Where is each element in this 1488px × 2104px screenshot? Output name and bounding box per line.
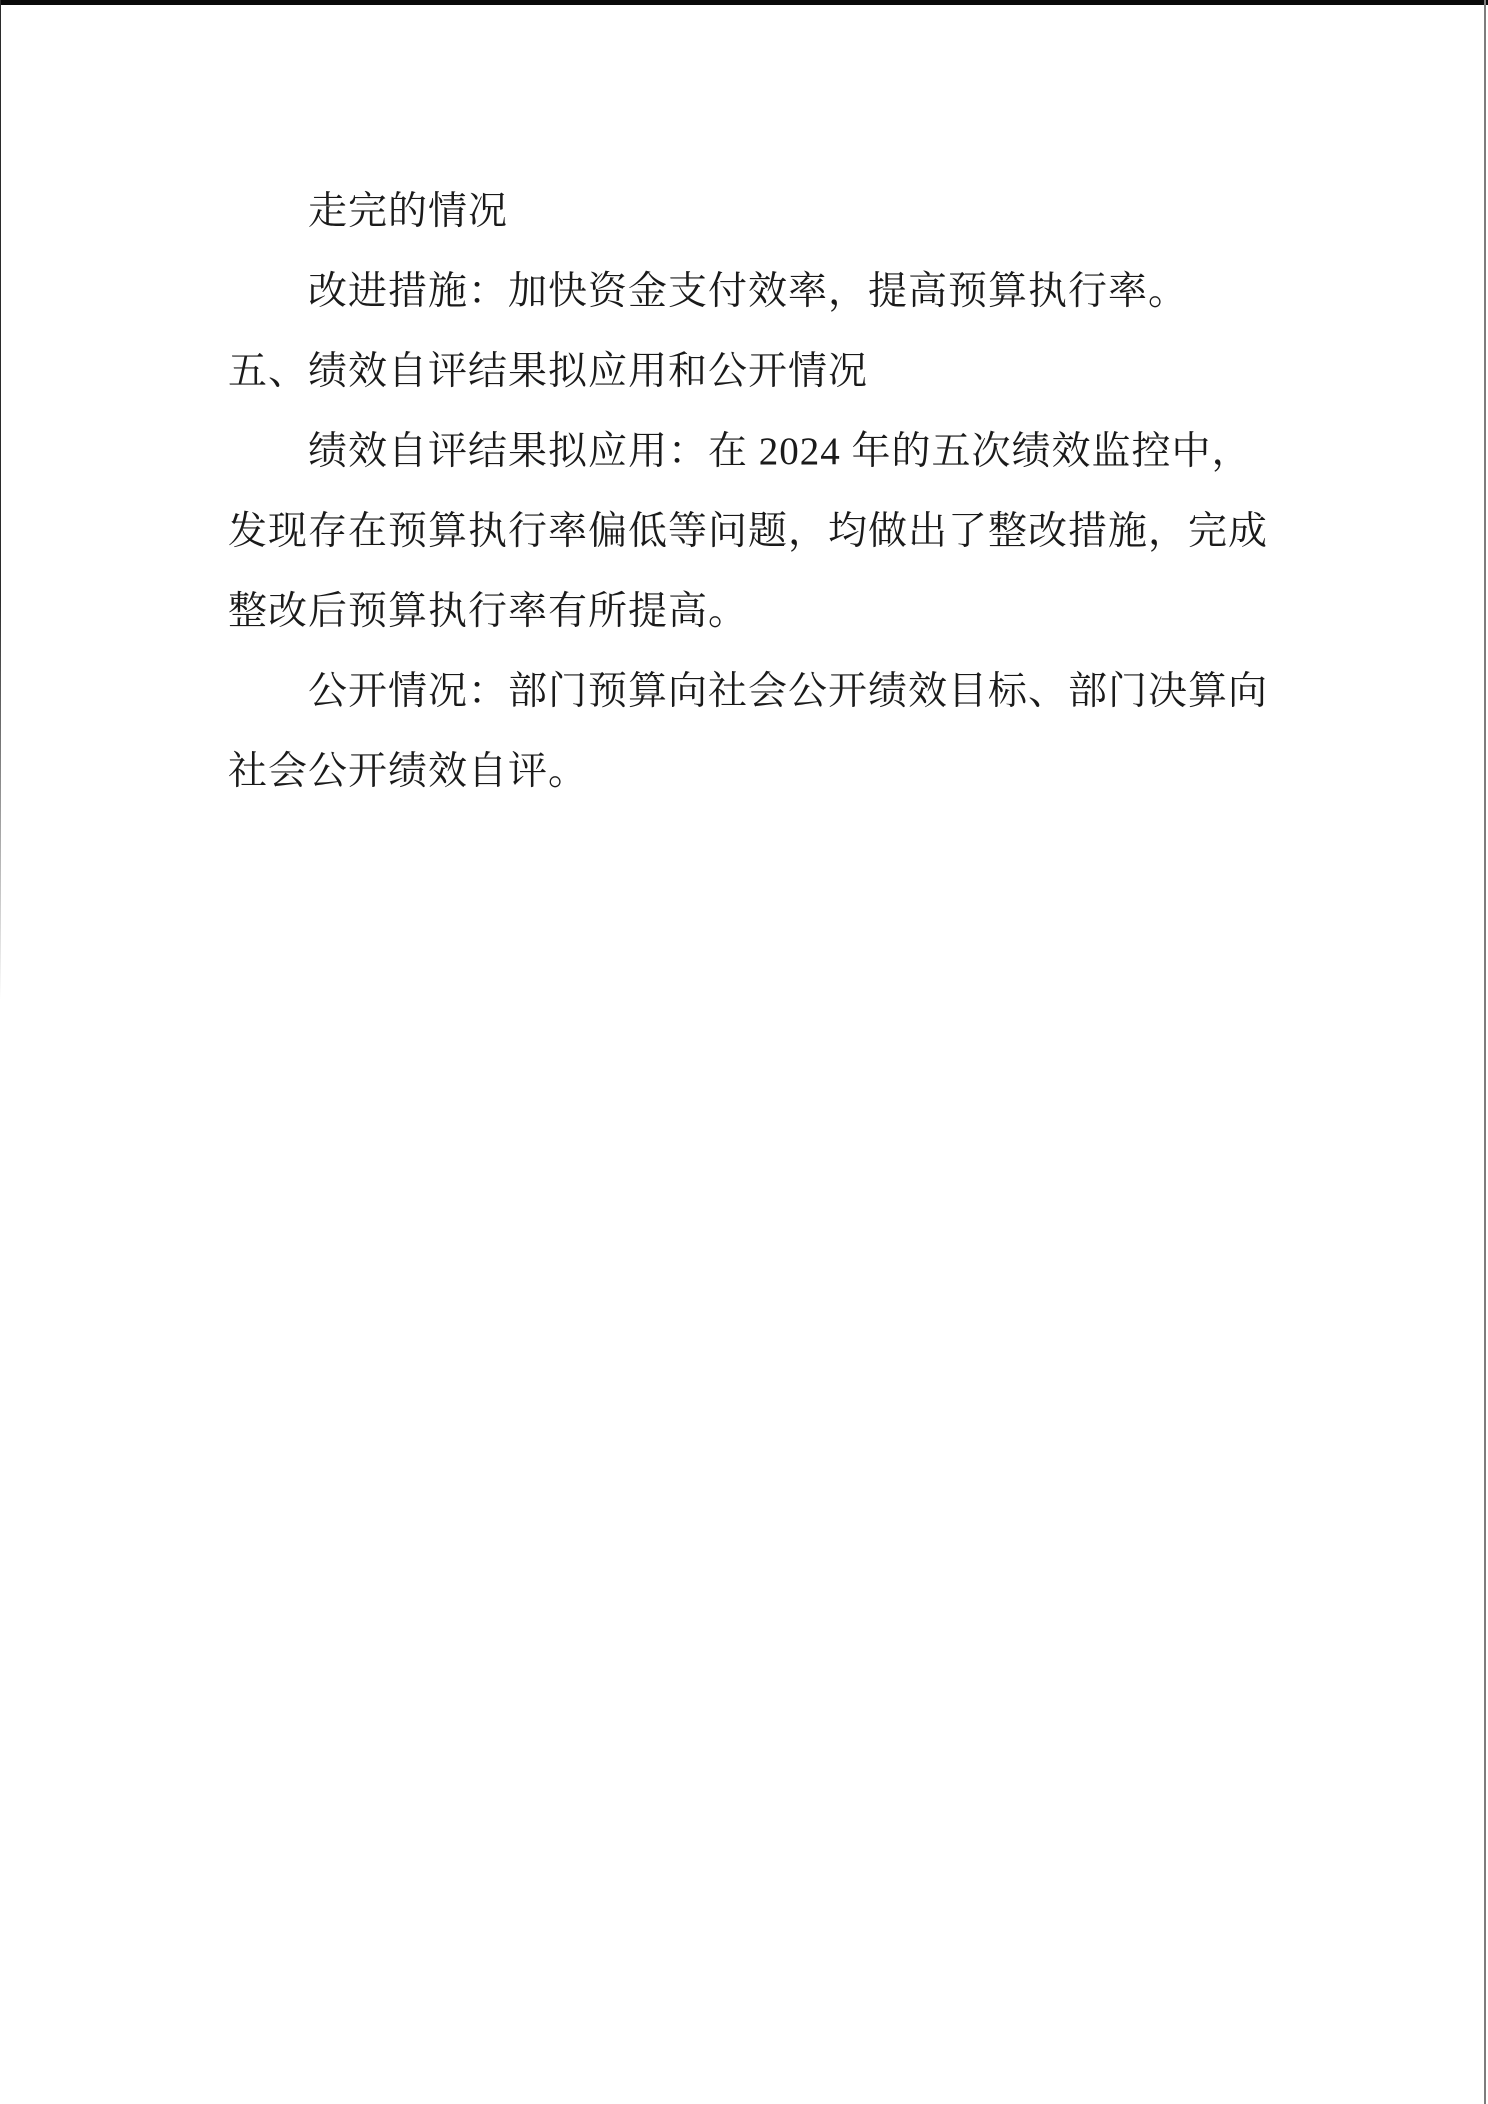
section-heading: 五、绩效自评结果拟应用和公开情况 (228, 332, 1268, 412)
text-line: 走完的情况 (228, 172, 1268, 252)
text-line: 绩效自评结果拟应用：在 2024 年的五次绩效监控中， (228, 412, 1268, 492)
text-line: 社会公开绩效自评。 (228, 732, 1268, 812)
text-line: 发现存在预算执行率偏低等问题，均做出了整改措施，完成 (228, 492, 1268, 572)
document-page: 走完的情况 改进措施：加快资金支付效率，提高预算执行率。 五、绩效自评结果拟应用… (0, 0, 1488, 2104)
document-body: 走完的情况 改进措施：加快资金支付效率，提高预算执行率。 五、绩效自评结果拟应用… (228, 172, 1268, 812)
page-right-edge (1484, 0, 1486, 2104)
text-line: 整改后预算执行率有所提高。 (228, 572, 1268, 652)
text-line: 公开情况：部门预算向社会公开绩效目标、部门决算向 (228, 652, 1268, 732)
page-left-edge (0, 0, 1, 1000)
page-top-edge (0, 0, 1488, 5)
text-line: 改进措施：加快资金支付效率，提高预算执行率。 (228, 252, 1268, 332)
